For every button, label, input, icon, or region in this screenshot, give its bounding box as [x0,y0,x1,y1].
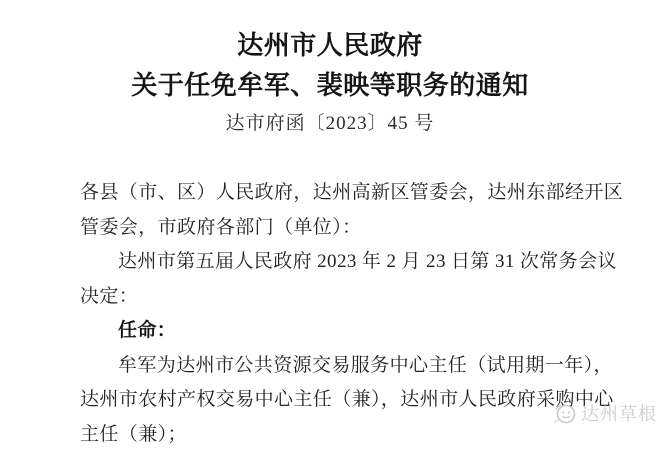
doc-number: 达市府函〔2023〕45 号 [0,111,660,137]
body-line-appointment-heading: 任命： [80,314,620,349]
watermark: 达州草根 [552,401,657,427]
document-body: 各县（市、区）人民政府，达州高新区管委会，达州东部经开区 管委会，市政府各部门（… [80,176,620,452]
grassroots-face-icon [552,401,578,427]
body-line: 管委会，市政府各部门（单位）： [80,211,620,246]
document-page: 达州市人民政府 关于任免牟军、裴映等职务的通知 达市府函〔2023〕45 号 各… [0,0,660,456]
document-header: 达州市人民政府 关于任免牟军、裴映等职务的通知 达市府函〔2023〕45 号 [0,26,660,137]
body-line: 各县（市、区）人民政府，达州高新区管委会，达州东部经开区 [80,176,620,211]
body-line: 牟军为达州市公共资源交易服务中心主任（试用期一年）， [80,349,620,384]
body-line: 达州市农村产权交易中心主任（兼），达州市人民政府采购中心 [80,383,620,418]
doc-title-line2: 关于任免牟军、裴映等职务的通知 [0,66,660,106]
body-line: 达州市第五届人民政府 2023 年 2 月 23 日第 31 次常务会议 [80,245,620,280]
watermark-label: 达州草根 [581,401,657,427]
body-line: 决定： [80,280,620,315]
doc-title-line1: 达州市人民政府 [0,26,660,66]
body-line: 主任（兼）； [80,418,620,453]
